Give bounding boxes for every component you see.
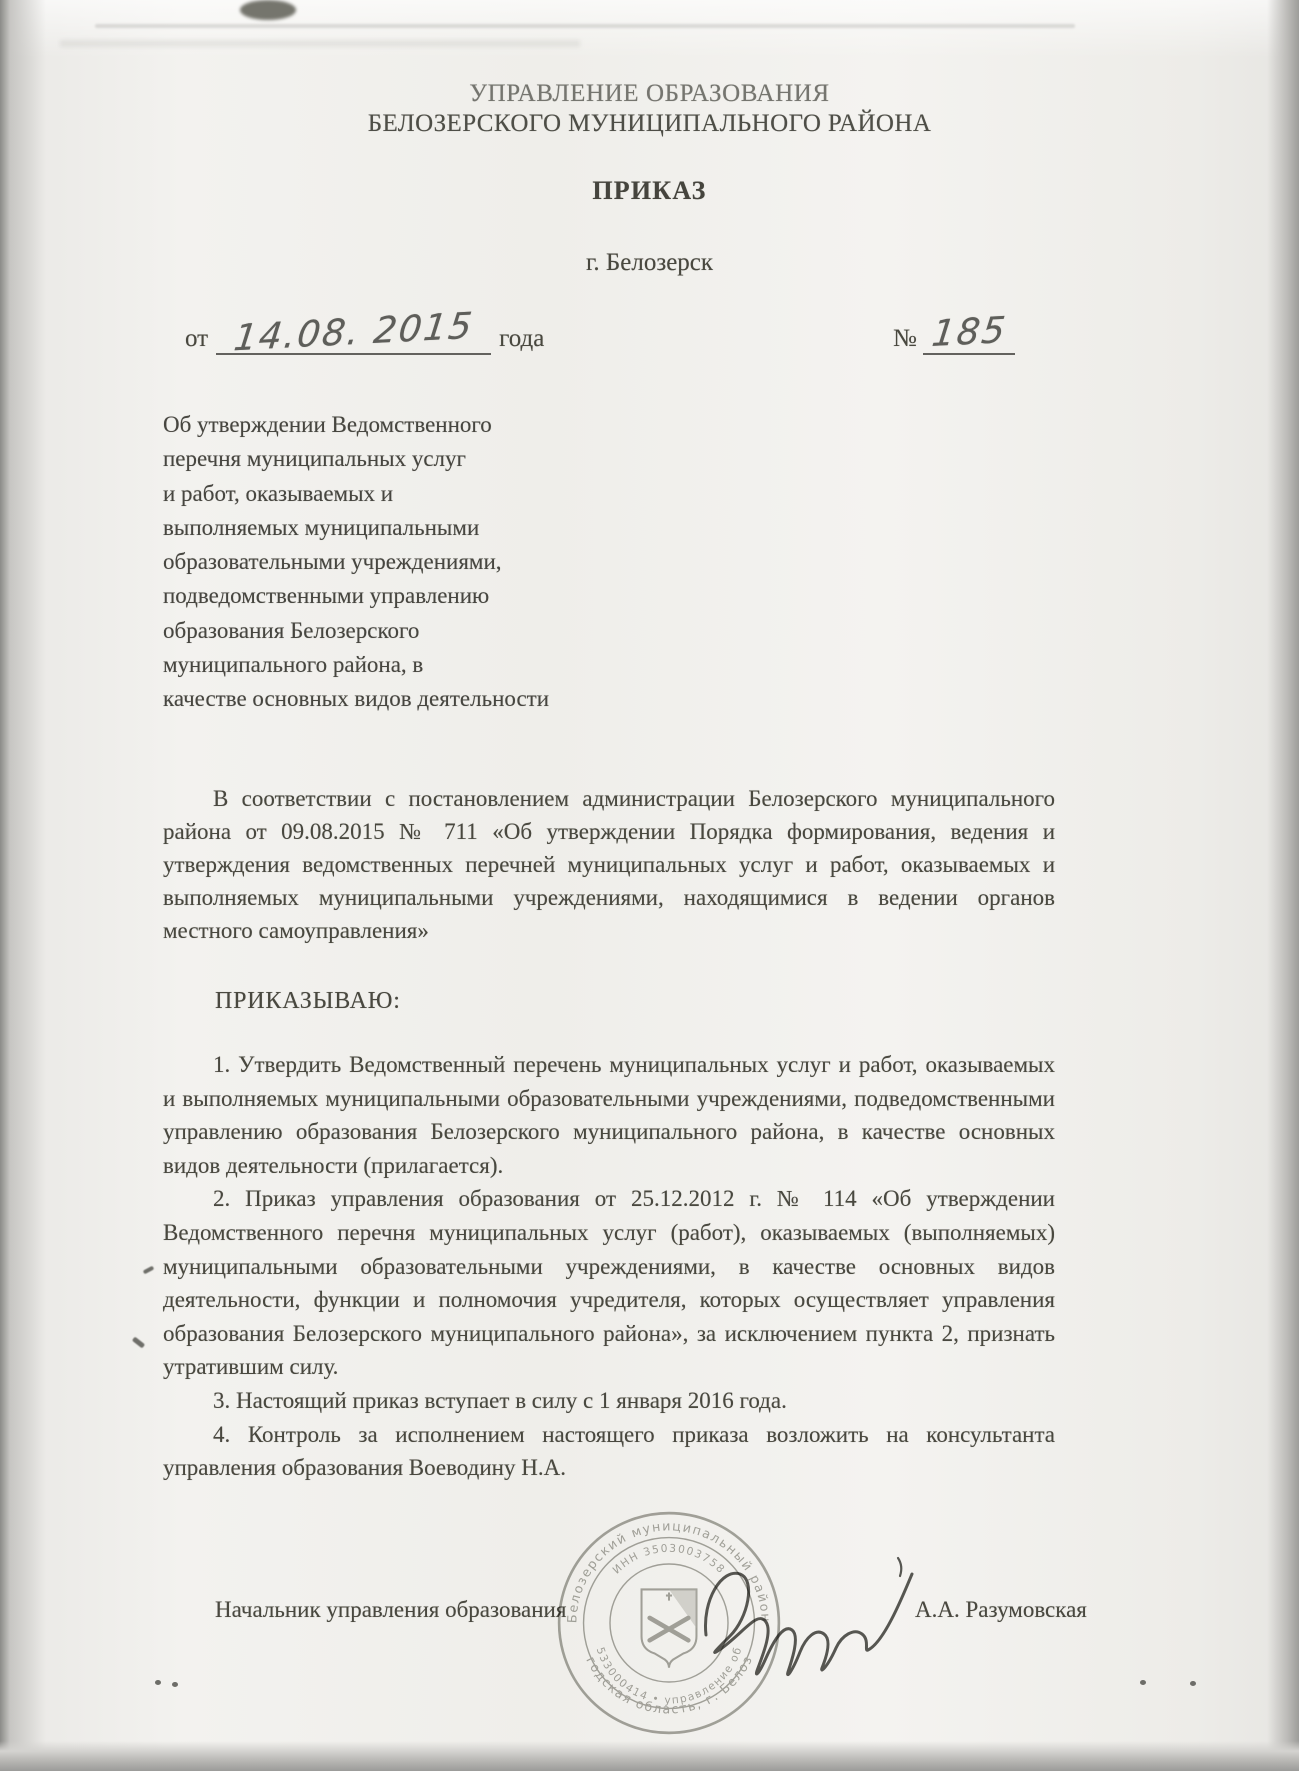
subject-line: качестве основных видов деятельности [163, 682, 603, 716]
handwritten-date: 14.08. 2015 [232, 312, 475, 355]
order-items: 1. Утвердить Ведомственный перечень муни… [163, 1048, 1055, 1485]
subject-line: подведомственными управлению [163, 579, 603, 613]
signer-position: Начальник управления образования [215, 1597, 566, 1623]
pen-mark [143, 1266, 155, 1275]
intro-paragraph: В соответствии с постановлением админист… [163, 782, 1055, 947]
subject-line: и работ, оказываемых и [163, 477, 603, 511]
number-line: №185 [893, 320, 1023, 355]
org-name-line1: УПРАВЛЕНИЕ ОБРАЗОВАНИЯ [0, 80, 1299, 108]
scan-speck [172, 1682, 178, 1687]
scan-edge-bottom [0, 1741, 1299, 1771]
date-underline: 14.08. 2015 [216, 320, 491, 355]
subject-line: муниципального района, в [163, 648, 603, 682]
order-item-3: 3. Настоящий приказ вступает в силу с 1 … [163, 1384, 1055, 1418]
subject-block: Об утверждении Ведомственного перечня му… [163, 408, 603, 717]
scan-speck [1190, 1681, 1196, 1686]
scan-smudge-streak [60, 40, 580, 47]
number-sign: № [893, 325, 917, 352]
subject-line: образовательными учреждениями, [163, 545, 603, 579]
scan-speck [1140, 1680, 1146, 1685]
order-item-2: 2. Приказ управления образования от 25.1… [163, 1182, 1055, 1384]
scan-smudge-streak [95, 24, 1075, 28]
order-item-1: 1. Утвердить Ведомственный перечень муни… [163, 1048, 1055, 1182]
scan-top-highlight [0, 0, 1299, 58]
subject-line: образования Белозерского [163, 614, 603, 648]
org-name-line2: БЕЛОЗЕРСКОГО МУНИЦИПАЛЬНОГО РАЙОНА [0, 110, 1299, 138]
scan-smudge-blob [240, 0, 296, 20]
handwritten-number: 185 [930, 316, 1008, 350]
document-type-title: ПРИКАЗ [0, 176, 1299, 206]
date-suffix: года [499, 325, 544, 352]
number-underline: 185 [923, 320, 1015, 355]
city-line: г. Белозерск [0, 249, 1299, 277]
decree-word: ПРИКАЗЫВАЮ: [215, 988, 401, 1015]
order-item-4: 4. Контроль за исполнением настоящего пр… [163, 1418, 1055, 1485]
pen-mark [132, 1337, 145, 1349]
scan-speck [155, 1680, 161, 1685]
date-prefix: от [185, 325, 208, 352]
subject-line: перечня муниципальных услуг [163, 442, 603, 476]
handwritten-signature [688, 1540, 968, 1700]
subject-line: выполняемых муниципальными [163, 511, 603, 545]
scanned-order-document: УПРАВЛЕНИЕ ОБРАЗОВАНИЯ БЕЛОЗЕРСКОГО МУНИ… [0, 0, 1299, 1771]
date-line: от14.08. 2015года [185, 320, 544, 355]
subject-line: Об утверждении Ведомственного [163, 408, 603, 442]
